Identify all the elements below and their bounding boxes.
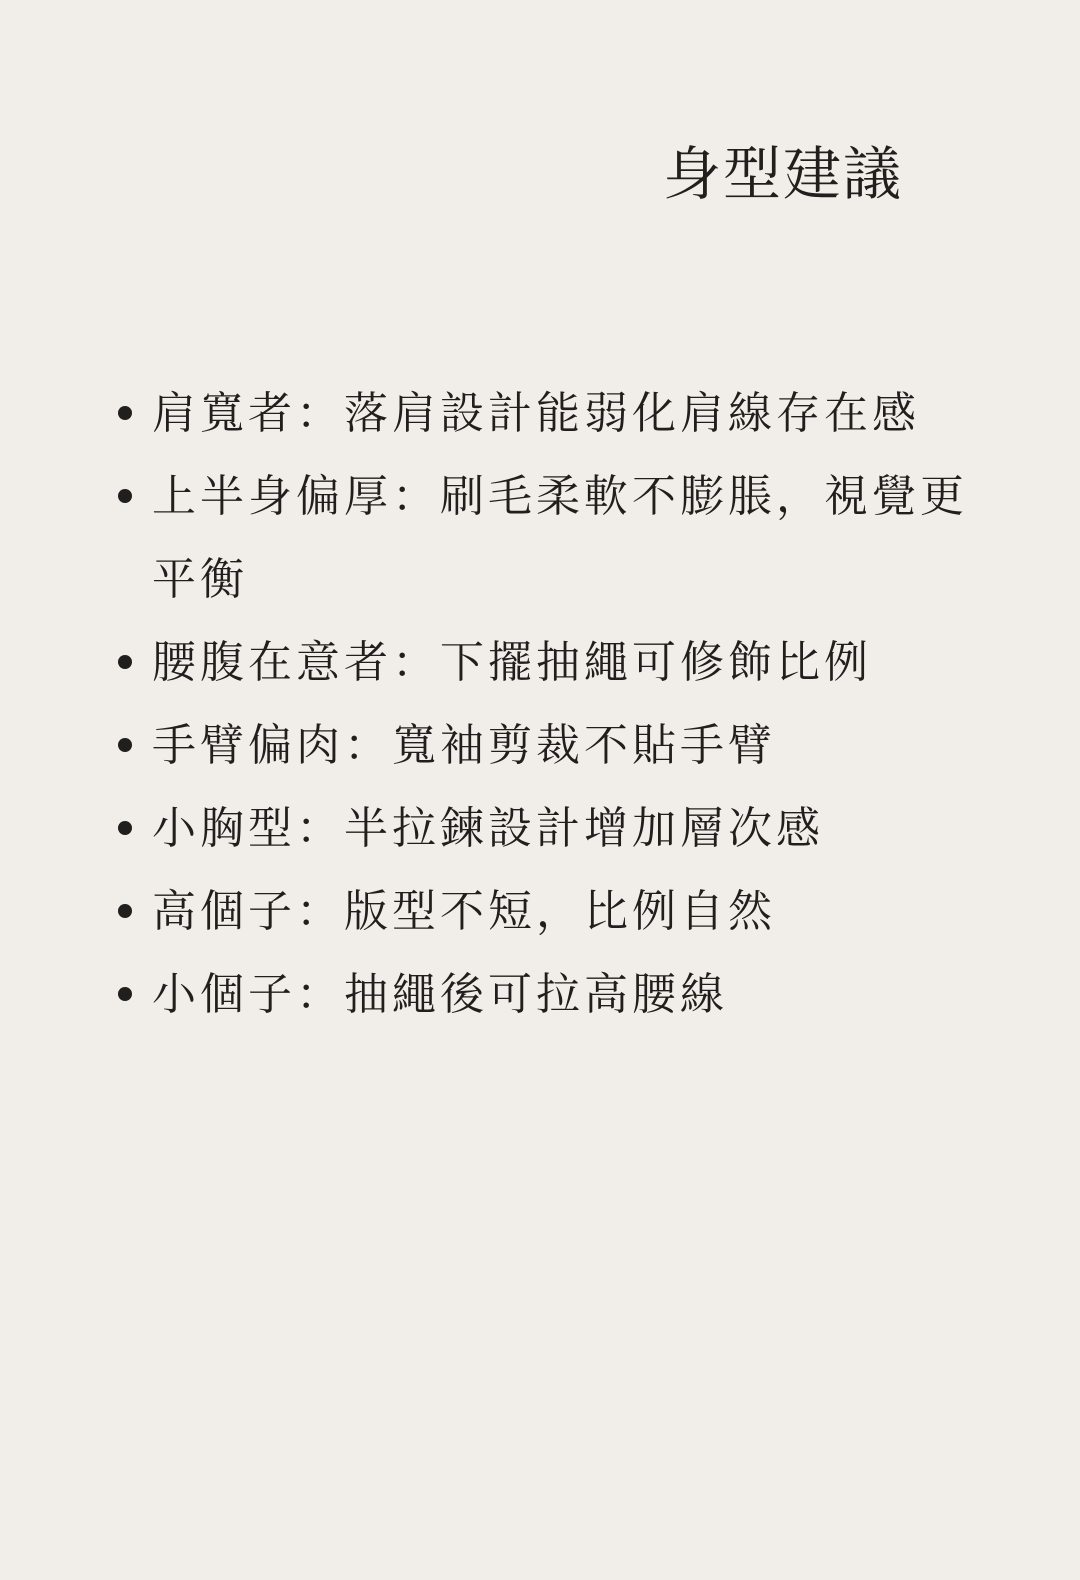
bullet-icon <box>118 738 132 752</box>
advice-list: 肩寬者：落肩設計能弱化肩線存在感 上半身偏厚：刷毛柔軟不膨脹，視覺更平衡 腰腹在… <box>118 372 992 1036</box>
list-item: 小胸型：半拉鍊設計增加層次感 <box>118 787 992 870</box>
bullet-icon <box>118 489 132 503</box>
bullet-icon <box>118 406 132 420</box>
list-item-text: 肩寬者：落肩設計能弱化肩線存在感 <box>152 389 920 438</box>
bullet-icon <box>118 987 132 1001</box>
bullet-icon <box>118 821 132 835</box>
list-item-text: 小個子：抽繩後可拉高腰線 <box>152 970 728 1019</box>
list-item-text: 腰腹在意者：下擺抽繩可修飾比例 <box>152 638 872 687</box>
list-item: 肩寬者：落肩設計能弱化肩線存在感 <box>118 372 992 455</box>
list-item-text: 高個子：版型不短，比例自然 <box>152 887 776 936</box>
list-item: 腰腹在意者：下擺抽繩可修飾比例 <box>118 621 992 704</box>
list-item-text: 上半身偏厚：刷毛柔軟不膨脹，視覺更平衡 <box>152 472 968 604</box>
bullet-icon <box>118 655 132 669</box>
list-item: 上半身偏厚：刷毛柔軟不膨脹，視覺更平衡 <box>118 455 992 621</box>
list-item: 小個子：抽繩後可拉高腰線 <box>118 953 992 1036</box>
list-item-text: 小胸型：半拉鍊設計增加層次感 <box>152 804 824 853</box>
page-title: 身型建議 <box>663 142 903 209</box>
bullet-icon <box>118 904 132 918</box>
list-item: 手臂偏肉：寬袖剪裁不貼手臂 <box>118 704 992 787</box>
list-item-text: 手臂偏肉：寬袖剪裁不貼手臂 <box>152 721 776 770</box>
page: 身型建議 肩寬者：落肩設計能弱化肩線存在感 上半身偏厚：刷毛柔軟不膨脹，視覺更平… <box>0 0 1080 1580</box>
list-item: 高個子：版型不短，比例自然 <box>118 870 992 953</box>
